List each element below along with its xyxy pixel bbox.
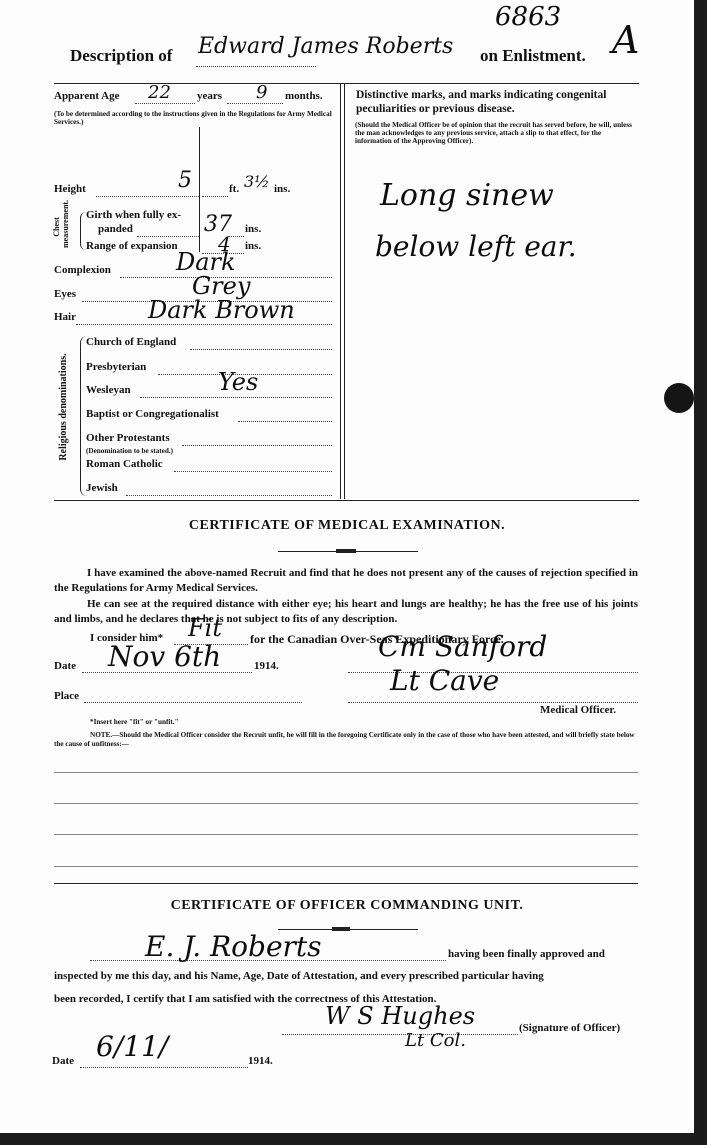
age-note: (To be determined according to the instr… (54, 110, 334, 126)
height-label: Height (54, 183, 86, 195)
medical-officer-signature-2: Lt Cave (390, 664, 499, 697)
title-suffix: on Enlistment. (480, 46, 586, 66)
complexion-label: Complexion (54, 264, 111, 276)
distinctive-marks-value-1: Long sinew (380, 178, 554, 213)
years-label: years (197, 90, 222, 102)
medical-date-label: Date (54, 660, 76, 672)
officer-signature: W S Hughes (325, 1002, 475, 1030)
commanding-certificate-heading: CERTIFICATE OF OFFICER COMMANDING UNIT. (0, 898, 694, 914)
medical-officer-signature-1: Cm Sanford (378, 630, 547, 663)
commanding-date-label: Date (52, 1055, 74, 1067)
religion-other-protestants: Other Protestants (86, 432, 170, 444)
girth-label-1: Girth when fully ex- (86, 209, 181, 221)
commanding-date-value: 6/11/ (96, 1030, 168, 1063)
distinctive-marks-note: (Should the Medical Officer be of opinio… (355, 121, 637, 145)
recruit-name: Edward James Roberts (198, 34, 453, 59)
religion-other-note: (Denomination to be stated.) (86, 447, 173, 455)
form-number: 6863 (495, 2, 561, 32)
months-label: months. (285, 90, 323, 102)
eyes-label: Eyes (54, 288, 76, 300)
hair-label: Hair (54, 311, 76, 323)
religion-wesleyan: Wesleyan (86, 384, 131, 396)
commanding-text-2: inspected by me this day, and his Name, … (54, 970, 544, 982)
range-ins-label: ins. (245, 240, 261, 252)
signature-of-officer-label: (Signature of Officer) (519, 1022, 620, 1034)
religion-church-of-england: Church of England (86, 336, 176, 348)
consider-value: Fit (188, 614, 222, 642)
medical-officer-label: Medical Officer. (540, 704, 616, 716)
commanding-date-year: 1914. (248, 1055, 273, 1067)
punch-hole (664, 383, 694, 413)
height-ft-value: 5 (178, 168, 192, 193)
religion-baptist: Baptist or Congregationalist (86, 408, 219, 420)
age-months-value: 9 (256, 82, 267, 103)
religion-wesleyan-value: Yes (218, 368, 258, 396)
recruit-name-signature: E. J. Roberts (145, 930, 322, 963)
religion-jewish: Jewish (86, 482, 118, 494)
religion-group-label: Religious denominations. (58, 352, 69, 462)
fit-footnote: *Insert here "fit" or "unfit." (90, 718, 179, 726)
enlistment-form-page: 6863 A Description of Edward James Rober… (0, 0, 694, 1133)
girth-ins-label: ins. (245, 223, 261, 235)
place-label: Place (54, 690, 79, 702)
distinctive-marks-heading: Distinctive marks, and marks indicating … (356, 88, 641, 116)
religion-roman-catholic: Roman Catholic (86, 458, 163, 470)
medical-date-value: Nov 6th (108, 640, 221, 673)
title-prefix: Description of (70, 46, 172, 66)
girth-label-2: panded (98, 223, 133, 235)
commanding-text-1: having been finally approved and (448, 948, 605, 960)
range-label: Range of expansion (86, 240, 178, 252)
ft-label: ft. (229, 183, 239, 195)
chest-measurement-label: Chest measurement. (52, 206, 70, 248)
form-letter: A (612, 18, 639, 62)
religion-presbyterian: Presbyterian (86, 361, 146, 373)
height-ins-value: 3½ (244, 172, 270, 191)
ins-label: ins. (274, 183, 290, 195)
officer-rank: Lt Col. (405, 1030, 466, 1051)
distinctive-marks-value-2: below left ear. (375, 230, 577, 263)
medical-date-year: 1914. (254, 660, 279, 672)
unfitness-note: NOTE.—Should the Medical Officer conside… (54, 731, 638, 749)
medical-para-1: I have examined the above-named Recruit … (54, 566, 638, 596)
age-years-value: 22 (148, 82, 171, 103)
hair-value: Dark Brown (148, 296, 295, 324)
medical-para-2: He can see at the required distance with… (54, 597, 638, 627)
medical-certificate-heading: CERTIFICATE OF MEDICAL EXAMINATION. (0, 518, 694, 534)
apparent-age-label: Apparent Age (54, 90, 120, 102)
